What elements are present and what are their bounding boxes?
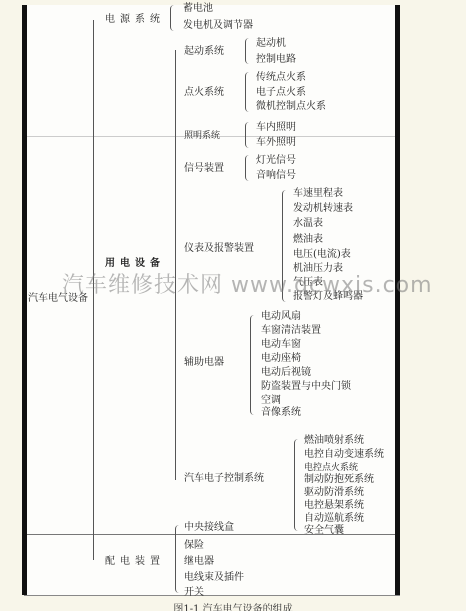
item: 开关	[184, 587, 204, 599]
item: 电线束及插件	[184, 572, 244, 584]
brace	[170, 5, 175, 31]
item: 水温表	[293, 218, 323, 230]
group-label-power: 电源系统	[105, 14, 165, 26]
consumers-brace	[175, 50, 176, 480]
item: 电动座椅	[261, 353, 301, 365]
item: 车窗清洁装置	[261, 325, 321, 337]
page-margin	[400, 0, 466, 611]
item: 发动机转速表	[293, 203, 353, 215]
left-border-bar	[22, 5, 27, 595]
item: 驱动防滑系统	[304, 487, 364, 499]
item: 制动防抱死系统	[304, 474, 374, 486]
item: 车外照明	[256, 137, 296, 149]
item: 控制电路	[256, 54, 296, 66]
item: 车速里程表	[293, 188, 343, 200]
item: 电子点火系	[256, 87, 306, 99]
brace	[245, 38, 250, 64]
brace	[245, 72, 250, 112]
item: 继电器	[184, 556, 214, 568]
item: 电动车窗	[261, 339, 301, 351]
item: 安全气囊	[304, 525, 344, 537]
brace	[245, 122, 250, 148]
brace	[175, 525, 180, 593]
item: 蓄电池	[183, 3, 213, 15]
item: 电动后视镜	[261, 367, 311, 379]
item: 防盗装置与中央门锁	[261, 381, 351, 393]
item: 电控悬架系统	[304, 500, 364, 512]
item: 音像系统	[261, 407, 301, 419]
item: 中央接线盒	[184, 522, 234, 534]
item: 起动机	[256, 38, 286, 50]
watermark: 汽车维修技术网 www.qcwxjs.com	[62, 268, 433, 299]
subgroup-label: 辅助电器	[184, 357, 224, 369]
item: 音响信号	[256, 170, 296, 182]
item: 电控自动变速系统	[304, 449, 384, 461]
item: 空调	[261, 395, 281, 407]
item: 电压(电流)表	[293, 249, 351, 261]
brace	[294, 439, 299, 531]
item: 燃油表	[293, 234, 323, 246]
item: 灯光信号	[256, 155, 296, 167]
item: 自动巡航系统	[304, 513, 364, 525]
group-label-distribution: 配电装置	[105, 556, 165, 568]
item: 保险	[184, 540, 204, 552]
item: 传统点火系	[256, 72, 306, 84]
item: 燃油喷射系统	[304, 435, 364, 447]
subgroup-label: 仪表及报警装置	[184, 243, 254, 255]
item: 发电机及调节器	[183, 20, 253, 32]
item: 车内照明	[256, 122, 296, 134]
subgroup-label: 汽车电子控制系统	[184, 473, 264, 485]
brace	[245, 155, 250, 181]
item: 电控点火系统	[304, 462, 358, 474]
subgroup-label: 照明系统	[184, 130, 220, 142]
brace	[250, 315, 255, 415]
subgroup-label: 点火系统	[184, 87, 224, 99]
figure-caption: 图1-1 汽车电气设备的组成	[0, 600, 466, 611]
subgroup-label: 信号装置	[184, 163, 224, 175]
item: 电动风扇	[261, 311, 301, 323]
right-border-bar	[395, 5, 400, 595]
subgroup-label: 起动系统	[184, 46, 224, 58]
item: 微机控制点火系	[256, 101, 326, 113]
